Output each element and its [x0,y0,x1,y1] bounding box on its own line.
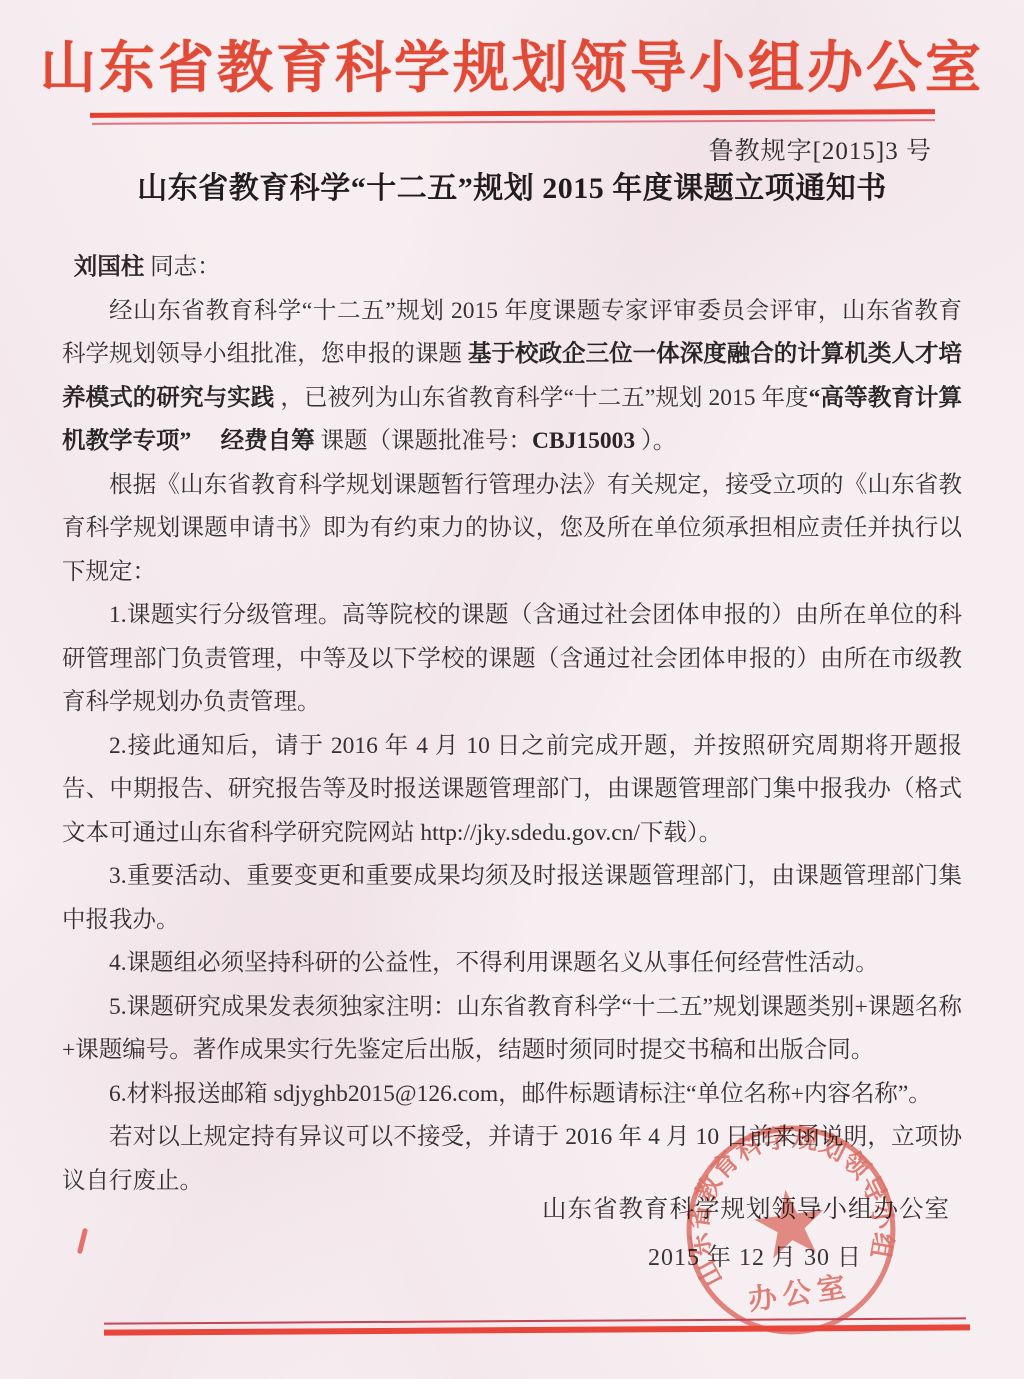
footer-rule-thin [104,1317,966,1324]
approval-tail: ）。 [635,428,676,454]
doc-number: 鲁教规字[2015]3 号 [0,131,1024,167]
signature-org: 山东省教育科学规划领导小组办公室 [0,1190,1024,1225]
document-body: 刘国柱 同志： 经山东省教育科学“十二五”规划 2015 年度课题专家评审委员会… [62,246,962,1203]
header-rule-thick [90,109,935,118]
regulation-item-1: 1.课题实行分级管理。高等院校的课题（含通过社会团体申报的）由所在单位的科研管理… [62,594,962,725]
paragraph-approval: 经山东省教育科学“十二五”规划 2015 年度课题专家评审委员会评审，山东省教育… [62,290,962,464]
signature-date: 2015 年 12 月 30 日 [0,1237,1024,1272]
paragraph-regulation-basis: 根据《山东省教育科学规划课题暂行管理办法》有关规定，接受立项的《山东省教育科学规… [62,464,962,595]
footer-rule-thick [104,1324,970,1335]
seal-bottom-text: 办公室 [746,1271,853,1317]
regulation-item-5: 5.课题研究成果发表须独家注明：山东省教育科学“十二五”规划课题类别+课题名称+… [62,986,962,1073]
approval-number-label: 课题（课题批准号： [315,428,532,454]
recipient-name: 刘国柱 [74,254,145,280]
salutation: 刘国柱 同志： [62,246,962,290]
regulation-item-3: 3.重要活动、重要变更和重要成果均须及时报送课题管理部门，由课题管理部门集中报我… [62,855,962,942]
doc-title: 山东省教育科学“十二五”规划 2015 年度课题立项通知书 [0,163,1024,207]
approval-number: CBJ15003 [532,428,635,454]
salutation-suffix: 同志： [144,254,220,280]
scanned-document-page: 山东省教育科学规划领导小组办公室 鲁教规字[2015]3 号 山东省教育科学“十… [0,0,1024,1379]
regulation-item-6: 6.材料报送邮箱 sdjyghb2015@126.com，邮件标题请标注“单位名… [62,1073,962,1117]
header-rule-thin [92,119,935,125]
approval-mid: ，已被列为山东省教育科学“十二五”规划 2015 年度 [274,385,808,411]
regulation-item-2: 2.接此通知后，请于 2016 年 4 月 10 日之前完成开题，并按照研究周期… [62,725,962,856]
letterhead-title: 山东省教育科学规划领导小组办公室 [0,24,1024,104]
regulation-item-4: 4.课题组必须坚持科研的公益性，不得利用课题名义从事任何经营性活动。 [62,942,962,986]
